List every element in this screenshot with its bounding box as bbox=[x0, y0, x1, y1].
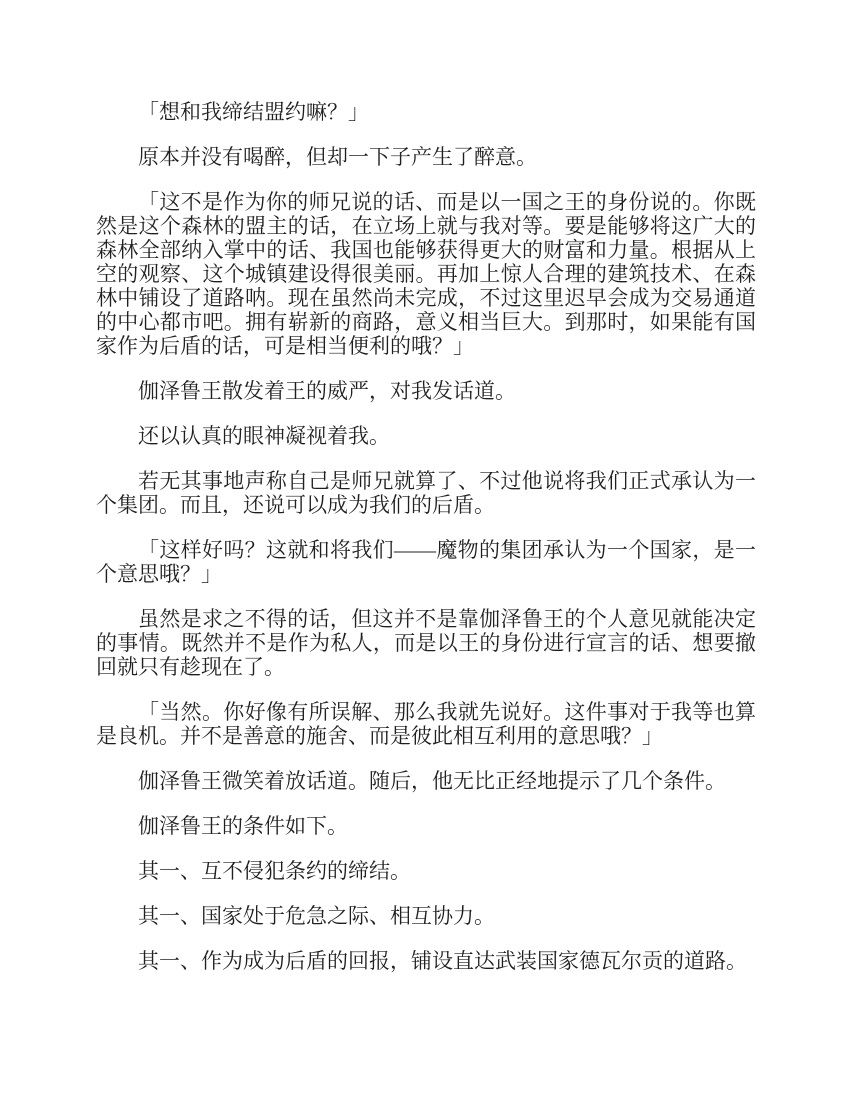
paragraph-narration: 还以认真的眼神凝视着我。 bbox=[96, 424, 756, 448]
paragraph-dialogue: 「当然。你好像有所误解、那么我就先说好。这件事对于我等也算是良机。并不是善意的施… bbox=[96, 700, 756, 748]
paragraph-narration: 伽泽鲁王的条件如下。 bbox=[96, 814, 756, 838]
paragraph-narration: 伽泽鲁王散发着王的威严，对我发话道。 bbox=[96, 379, 756, 403]
paragraph-narration: 原本并没有喝醉，但却一下子产生了醉意。 bbox=[96, 145, 756, 169]
paragraph-dialogue: 「这样好吗？这就和将我们——魔物的集团承认为一个国家，是一个意思哦？」 bbox=[96, 538, 756, 586]
paragraph-narration: 虽然是求之不得的话，但这并不是靠伽泽鲁王的个人意见就能决定的事情。既然并不是作为… bbox=[96, 607, 756, 679]
paragraph-list-item: 其一、作为成为后盾的回报，铺设直达武装国家德瓦尔贡的道路。 bbox=[96, 949, 756, 973]
paragraph-list-item: 其一、互不侵犯条约的缔结。 bbox=[96, 859, 756, 883]
paragraph-list-item: 其一、国家处于危急之际、相互协力。 bbox=[96, 904, 756, 928]
paragraph-narration: 伽泽鲁王微笑着放话道。随后，他无比正经地提示了几个条件。 bbox=[96, 769, 756, 793]
paragraph-dialogue: 「这不是作为你的师兄说的话、而是以一国之王的身份说的。你既然是这个森林的盟主的话… bbox=[96, 190, 756, 358]
paragraph-narration: 若无其事地声称自己是师兄就算了、不过他说将我们正式承认为一个集团。而且，还说可以… bbox=[96, 469, 756, 517]
novel-text-page: 「想和我缔结盟约嘛？」 原本并没有喝醉，但却一下子产生了醉意。 「这不是作为你的… bbox=[0, 0, 850, 1100]
paragraph-dialogue: 「想和我缔结盟约嘛？」 bbox=[96, 100, 756, 124]
